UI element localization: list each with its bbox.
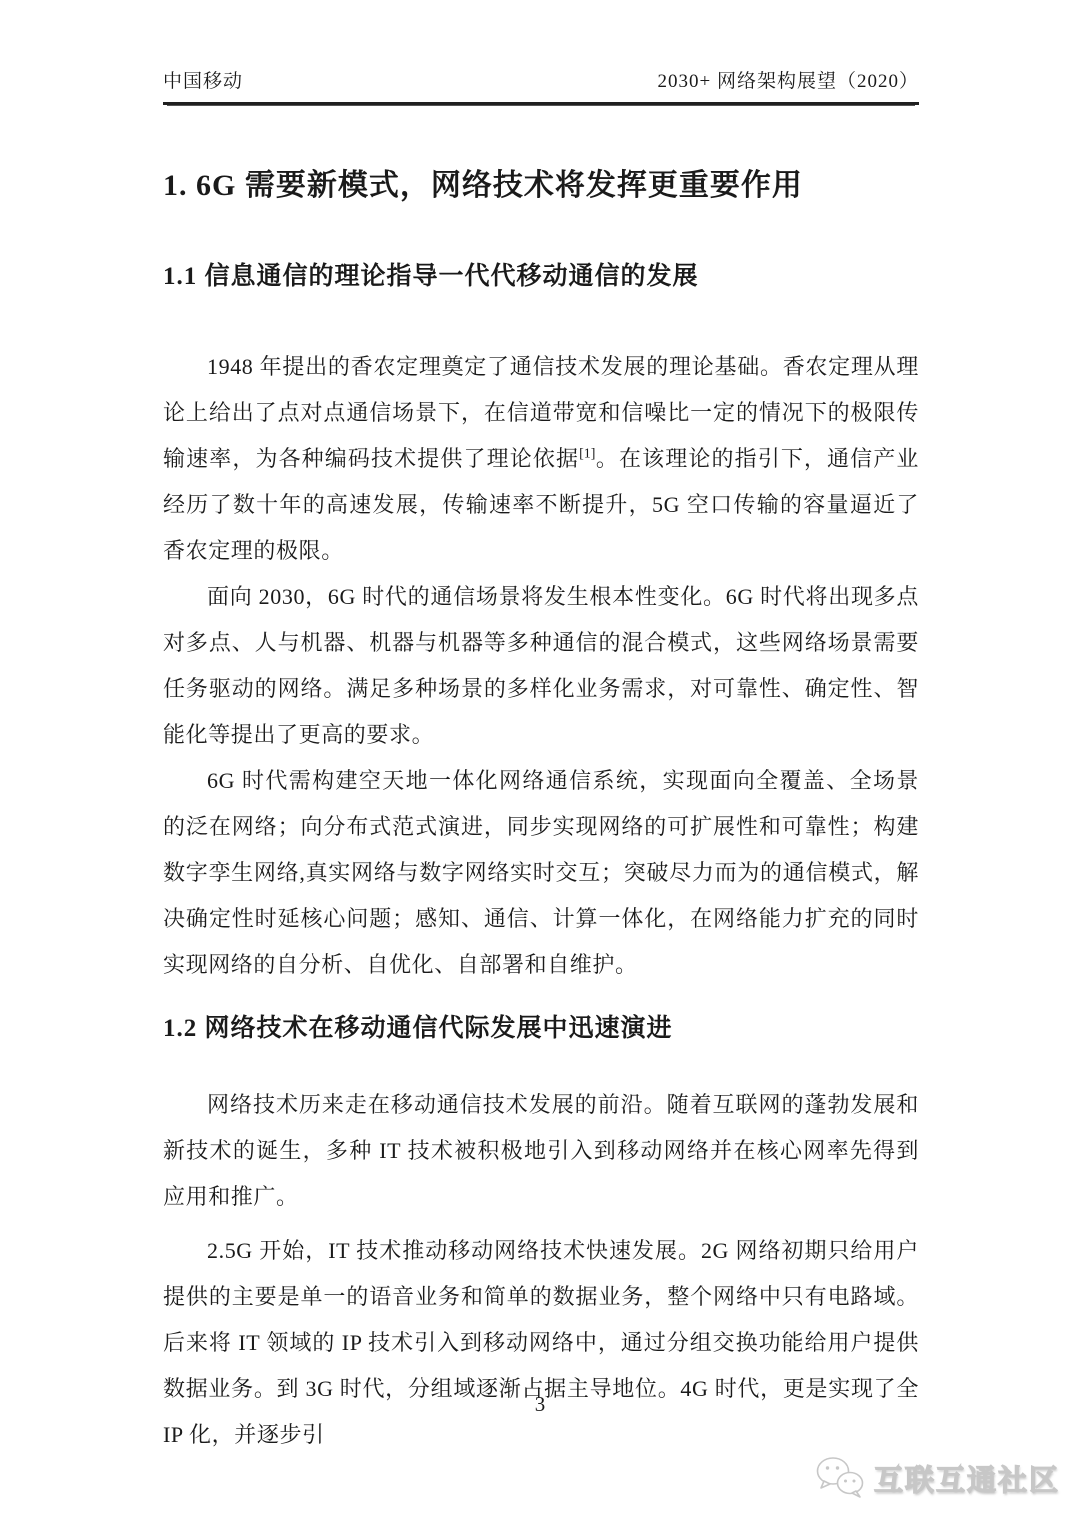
page-header: 中国移动 2030+ 网络架构展望（2020） (163, 66, 919, 105)
page-body: 1. 6G 需要新模式，网络技术将发挥更重要作用 1.1 信息通信的理论指导一代… (163, 104, 919, 1458)
subsection-1-1-title: 1.1 信息通信的理论指导一代代移动通信的发展 (163, 260, 919, 294)
paragraph-5: 2.5G 开始，IT 技术推动移动网络技术快速发展。2G 网络初期只给用户提供的… (163, 1228, 919, 1458)
document-page: 中国移动 2030+ 网络架构展望（2020） 1. 6G 需要新模式，网络技术… (0, 0, 1080, 1526)
page-number: 3 (0, 1392, 1080, 1417)
paragraph-1: 1948 年提出的香农定理奠定了通信技术发展的理论基础。香农定理从理论上给出了点… (163, 344, 919, 574)
wechat-icon (814, 1455, 866, 1501)
watermark-text: 互联互通社区 (874, 1458, 1060, 1499)
paragraph-4: 网络技术历来走在移动通信技术发展的前沿。随着互联网的蓬勃发展和新技术的诞生，多种… (163, 1082, 919, 1220)
watermark: 互联互通社区 (814, 1452, 1060, 1504)
section-1-title: 1. 6G 需要新模式，网络技术将发挥更重要作用 (163, 166, 919, 206)
subsection-1-2-title: 1.2 网络技术在移动通信代际发展中迅速演进 (163, 1012, 919, 1046)
paragraph-2: 面向 2030，6G 时代的通信场景将发生根本性变化。6G 时代将出现多点对多点… (163, 574, 919, 758)
footnote-ref-1: [1] (579, 447, 595, 462)
header-doc-title: 2030+ 网络架构展望（2020） (658, 66, 919, 93)
header-company: 中国移动 (163, 66, 243, 93)
paragraph-3: 6G 时代需构建空天地一体化网络通信系统，实现面向全覆盖、全场景的泛在网络；向分… (163, 758, 919, 988)
